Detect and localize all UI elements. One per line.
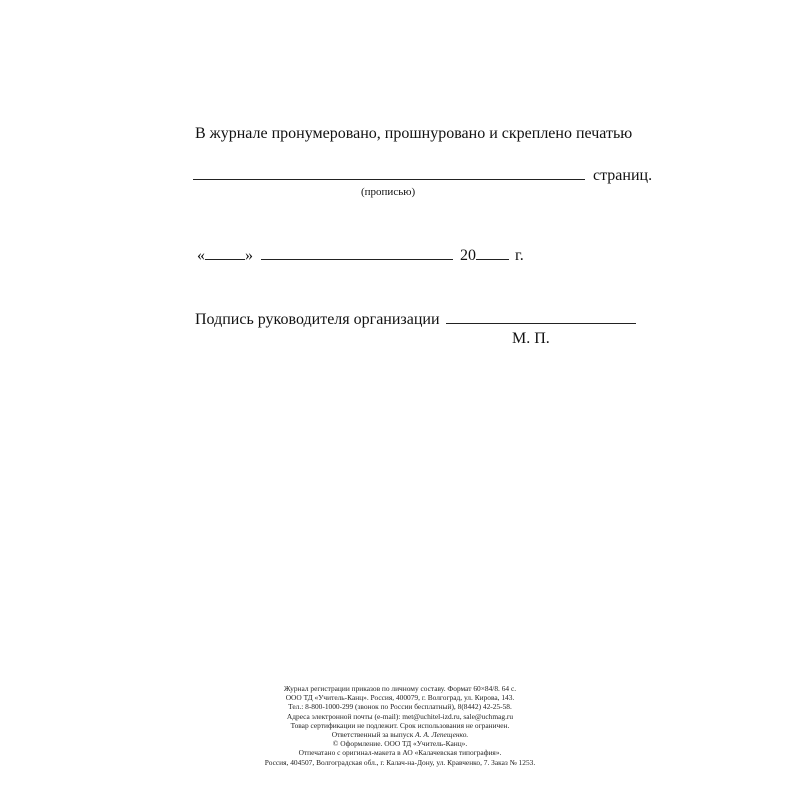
year-suffix: г. [515, 247, 524, 264]
day-field[interactable] [205, 258, 245, 260]
certification-statement: В журнале пронумеровано, прошнуровано и … [195, 126, 632, 142]
signature-field[interactable] [446, 322, 636, 324]
publisher-imprint: Журнал регистрации приказов по личному с… [200, 684, 600, 767]
month-field[interactable] [261, 258, 453, 260]
responsible-name: А. А. Лепещенко. [415, 730, 468, 739]
page-count-field[interactable] [193, 178, 585, 180]
document-page: В журнале пронумеровано, прошнуровано и … [0, 0, 800, 800]
imprint-line: Товар сертификации не подлежит. Срок исп… [200, 721, 600, 730]
imprint-line: ООО ТД «Учитель-Канц». Россия, 400079, г… [200, 693, 600, 702]
pages-in-words-hint: (прописью) [361, 187, 415, 198]
imprint-line: Россия, 404507, Волгоградская обл., г. К… [200, 758, 600, 767]
pages-suffix: страниц. [593, 167, 652, 184]
signature-label: Подпись руководителя организации [195, 311, 440, 328]
imprint-line: Адреса электронной почты (e-mail): met@u… [200, 712, 600, 721]
imprint-line: Отпечатано с оригинал-макета в АО «Калач… [200, 748, 600, 757]
imprint-line: Журнал регистрации приказов по личному с… [200, 684, 600, 693]
imprint-line: © Оформление. ООО ТД «Учитель-Канц». [200, 739, 600, 748]
close-quote: » [245, 247, 253, 264]
date-row: «» 20 г. [197, 248, 524, 264]
signature-row: Подпись руководителя организации [195, 312, 636, 328]
year-field[interactable] [476, 258, 509, 260]
open-quote: « [197, 247, 205, 264]
year-prefix: 20 [460, 247, 476, 264]
stamp-place-label: М. П. [512, 331, 550, 347]
page-count-row: страниц. [193, 168, 652, 184]
imprint-responsible: Ответственный за выпуск А. А. Лепещенко. [200, 730, 600, 739]
responsible-prefix: Ответственный за выпуск [332, 730, 414, 739]
imprint-line: Тел.: 8-800-1000-299 (звонок по России б… [200, 702, 600, 711]
